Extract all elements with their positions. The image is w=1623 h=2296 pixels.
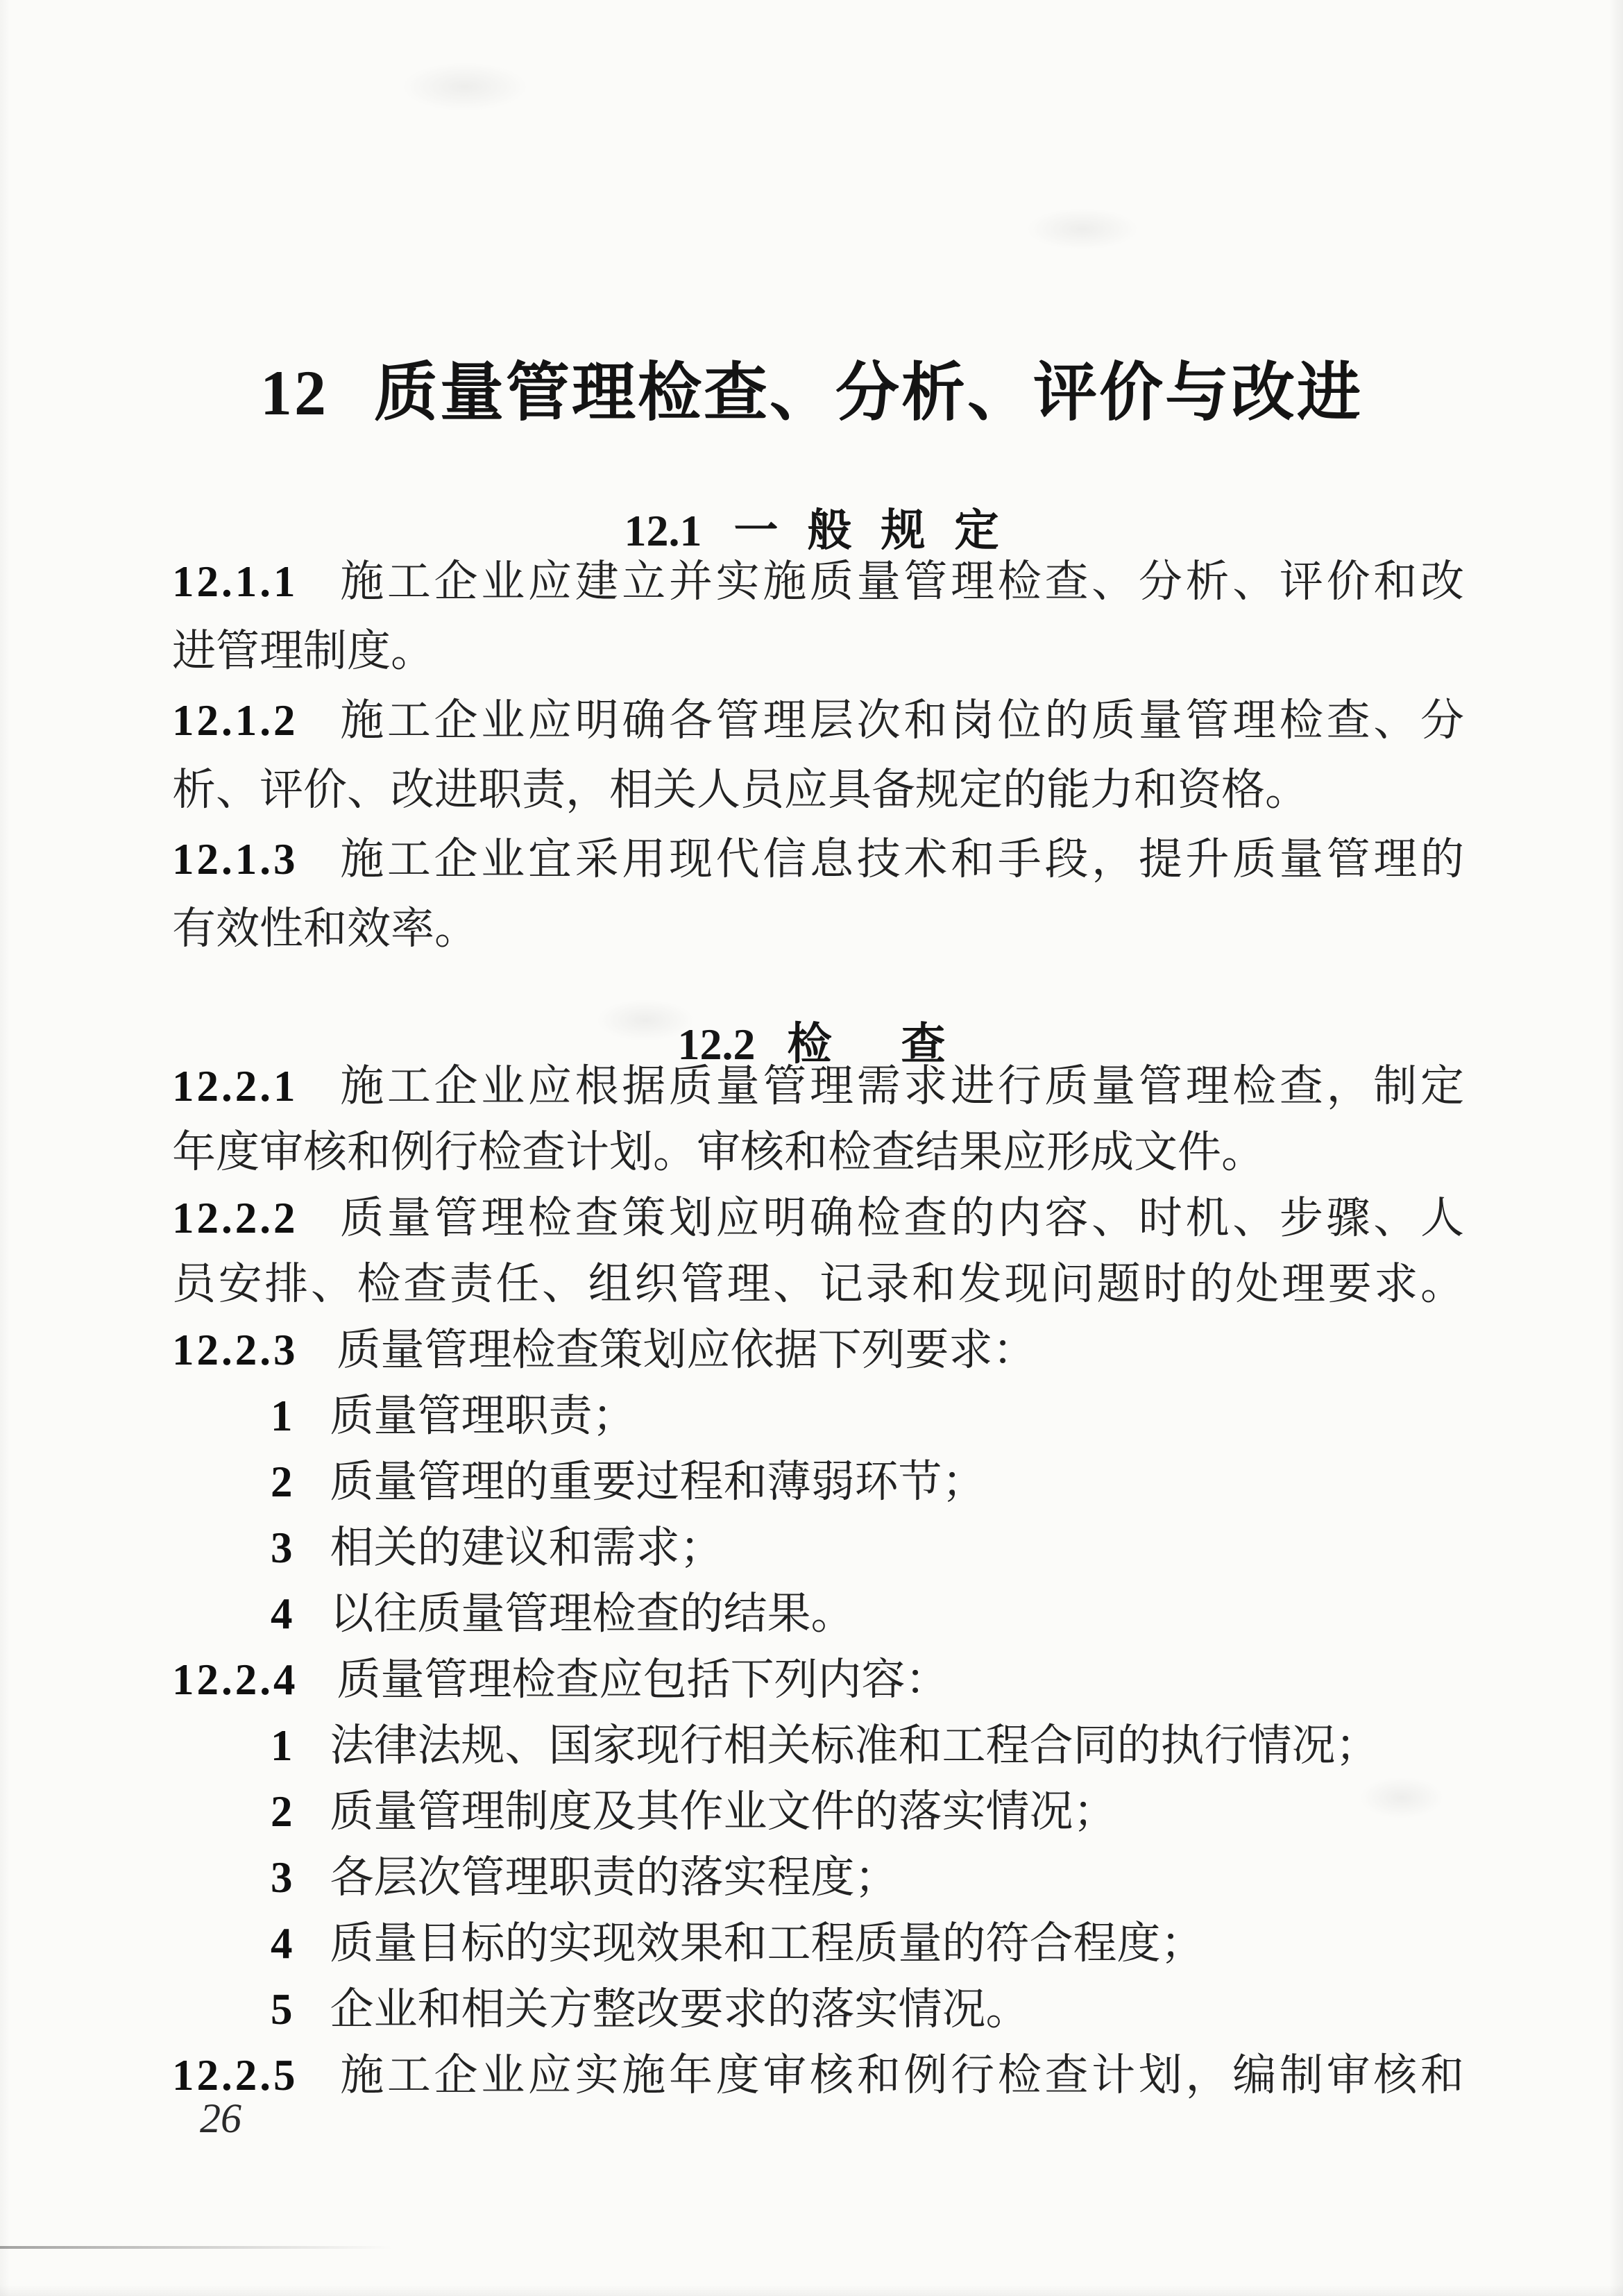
list-item-number: 2: [271, 1787, 293, 1836]
list-item-number: 4: [271, 1919, 293, 1968]
line-text: 相关的建议和需求；: [330, 1523, 724, 1572]
list-item-number: 1: [271, 1392, 293, 1440]
scan-smudge: [402, 62, 527, 111]
document-page: 12质量管理检查、分析、评价与改进 12.1一 般 规 定 12.1.1施工企业…: [0, 0, 1623, 2296]
line-text: 质量管理的重要过程和薄弱环节；: [330, 1458, 986, 1506]
clause-line: 12.1.3施工企业宜采用现代信息技术和手段，提升质量管理的: [172, 825, 1464, 894]
clause-line: 12.1.1施工企业应建立并实施质量管理检查、分析、评价和改: [172, 547, 1464, 616]
chapter-number: 12: [260, 357, 328, 428]
line-text: 质量管理职责；: [330, 1392, 636, 1440]
clause-number: 12.1.1: [172, 557, 298, 606]
clause-number: 12.2.3: [172, 1326, 298, 1374]
clause-line: 12.2.5施工企业应实施年度审核和例行检查计划，编制审核和: [172, 2043, 1464, 2109]
line-text: 年度审核和例行检查计划。审核和检查结果应形成文件。: [172, 1128, 1265, 1176]
list-item-line: 5企业和相关方整改要求的落实情况。: [172, 1977, 1464, 2043]
list-item-line: 1法律法规、国家现行相关标准和工程合同的执行情况；: [172, 1713, 1464, 1779]
list-item-number: 2: [271, 1458, 293, 1506]
list-item-line: 3各层次管理职责的落实程度；: [172, 1845, 1464, 1911]
line-text: 员安排、检查责任、组织管理、记录和发现问题时的处理要求。: [172, 1260, 1464, 1308]
line-text: 各层次管理职责的落实程度；: [330, 1853, 899, 1902]
chapter-title-text: 质量管理检查、分析、评价与改进: [374, 357, 1363, 428]
list-item-number: 3: [271, 1523, 293, 1572]
scan-artifact-line: [0, 2246, 392, 2249]
line-text: 质量管理检查策划应依据下列要求：: [337, 1326, 1037, 1374]
section-12-2-body: 12.2.1施工企业应根据质量管理需求进行质量管理检查，制定年度审核和例行检查计…: [172, 1054, 1464, 2109]
continuation-line: 有效性和效率。: [172, 894, 1464, 963]
continuation-line: 进管理制度。: [172, 616, 1464, 686]
line-text: 法律法规、国家现行相关标准和工程合同的执行情况；: [330, 1721, 1379, 1770]
clause-number: 12.2.4: [172, 1655, 298, 1704]
line-text: 以往质量管理检查的结果。: [330, 1589, 855, 1638]
list-item-number: 3: [271, 1853, 293, 1902]
clause-number: 12.2.2: [172, 1194, 298, 1242]
line-text: 施工企业应明确各管理层次和岗位的质量管理检查、分: [337, 696, 1465, 745]
line-text: 施工企业应根据质量管理需求进行质量管理检查，制定: [337, 1062, 1465, 1111]
line-text: 企业和相关方整改要求的落实情况。: [330, 1985, 1030, 2034]
line-text: 进管理制度。: [172, 627, 434, 675]
clause-line: 12.1.2施工企业应明确各管理层次和岗位的质量管理检查、分: [172, 686, 1464, 755]
clause-line: 12.2.1施工企业应根据质量管理需求进行质量管理检查，制定: [172, 1054, 1464, 1120]
continuation-line: 年度审核和例行检查计划。审核和检查结果应形成文件。: [172, 1120, 1464, 1185]
clause-line: 12.2.3质量管理检查策划应依据下列要求：: [172, 1317, 1464, 1383]
list-item-line: 4以往质量管理检查的结果。: [172, 1581, 1464, 1647]
line-text: 质量管理检查应包括下列内容：: [337, 1655, 949, 1704]
line-text: 施工企业应实施年度审核和例行检查计划，编制审核和: [337, 2051, 1465, 2100]
list-item-number: 1: [271, 1721, 293, 1770]
clause-number: 12.1.3: [172, 835, 298, 884]
scan-smudge: [1027, 208, 1138, 250]
list-item-number: 5: [271, 1985, 293, 2034]
continuation-line: 员安排、检查责任、组织管理、记录和发现问题时的处理要求。: [172, 1251, 1464, 1317]
line-text: 施工企业应建立并实施质量管理检查、分析、评价和改: [337, 557, 1465, 606]
line-text: 有效性和效率。: [172, 904, 478, 953]
clause-line: 12.2.4质量管理检查应包括下列内容：: [172, 1647, 1464, 1713]
line-text: 质量目标的实现效果和工程质量的符合程度；: [330, 1919, 1205, 1968]
list-item-line: 3相关的建议和需求；: [172, 1515, 1464, 1581]
list-item-line: 2质量管理的重要过程和薄弱环节；: [172, 1449, 1464, 1515]
list-item-line: 4质量目标的实现效果和工程质量的符合程度；: [172, 1911, 1464, 1977]
list-item-line: 1质量管理职责；: [172, 1383, 1464, 1449]
continuation-line: 析、评价、改进职责，相关人员应具备规定的能力和资格。: [172, 755, 1464, 825]
clause-number: 12.1.2: [172, 696, 298, 745]
clause-number: 12.2.1: [172, 1062, 298, 1111]
line-text: 质量管理检查策划应明确检查的内容、时机、步骤、人: [337, 1194, 1465, 1242]
list-item-number: 4: [271, 1589, 293, 1638]
clause-line: 12.2.2质量管理检查策划应明确检查的内容、时机、步骤、人: [172, 1185, 1464, 1251]
page-number: 26: [200, 2095, 241, 2143]
line-text: 析、评价、改进职责，相关人员应具备规定的能力和资格。: [172, 766, 1309, 814]
list-item-line: 2质量管理制度及其作业文件的落实情况；: [172, 1779, 1464, 1845]
line-text: 施工企业宜采用现代信息技术和手段，提升质量管理的: [337, 835, 1465, 884]
section-12-1-body: 12.1.1施工企业应建立并实施质量管理检查、分析、评价和改进管理制度。12.1…: [172, 547, 1464, 963]
chapter-title: 12质量管理检查、分析、评价与改进: [0, 341, 1623, 433]
clause-number: 12.2.5: [172, 2051, 298, 2100]
line-text: 质量管理制度及其作业文件的落实情况；: [330, 1787, 1117, 1836]
